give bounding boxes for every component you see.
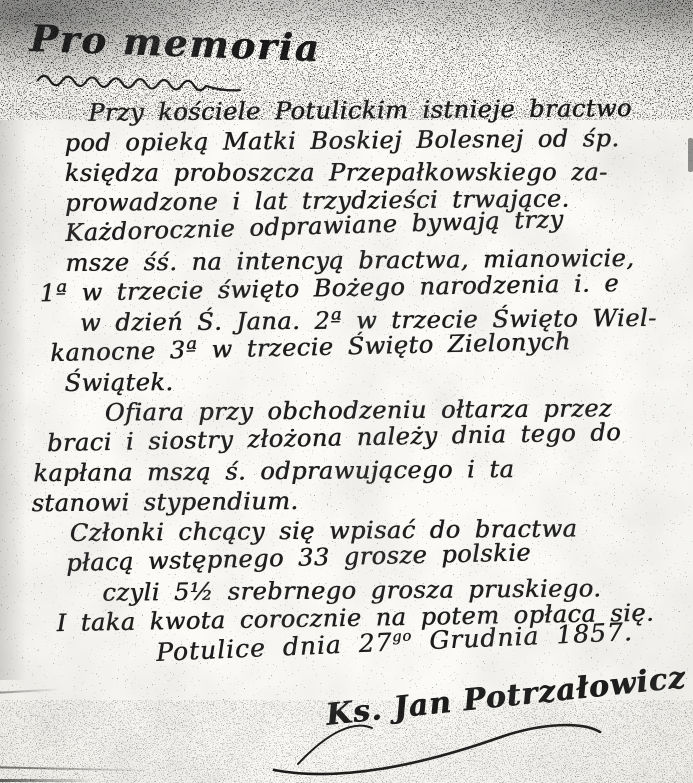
document-heading: Pro memoria	[29, 16, 321, 70]
bottom-edge-streak	[0, 779, 95, 782]
left-scratch-mark	[0, 688, 60, 693]
left-edge-shading	[0, 120, 26, 680]
text-line: pod opieką Matki Boskiej Bolesnej od śp.	[64, 123, 670, 158]
text-line: księdza proboszcza Przepałkowskiego za-	[65, 157, 671, 188]
document-page: Pro memoria Przy kościele Potulickim ist…	[0, 0, 693, 783]
right-edge-mark	[688, 138, 693, 172]
document-body: Przy kościele Potulickim istnieje bractw…	[64, 93, 675, 638]
dateline-ordinal-superscript: go	[392, 628, 413, 645]
heading-underline-squiggle	[36, 72, 274, 98]
bottom-left-streak	[0, 766, 150, 771]
top-right-corner-stain	[503, 0, 693, 70]
